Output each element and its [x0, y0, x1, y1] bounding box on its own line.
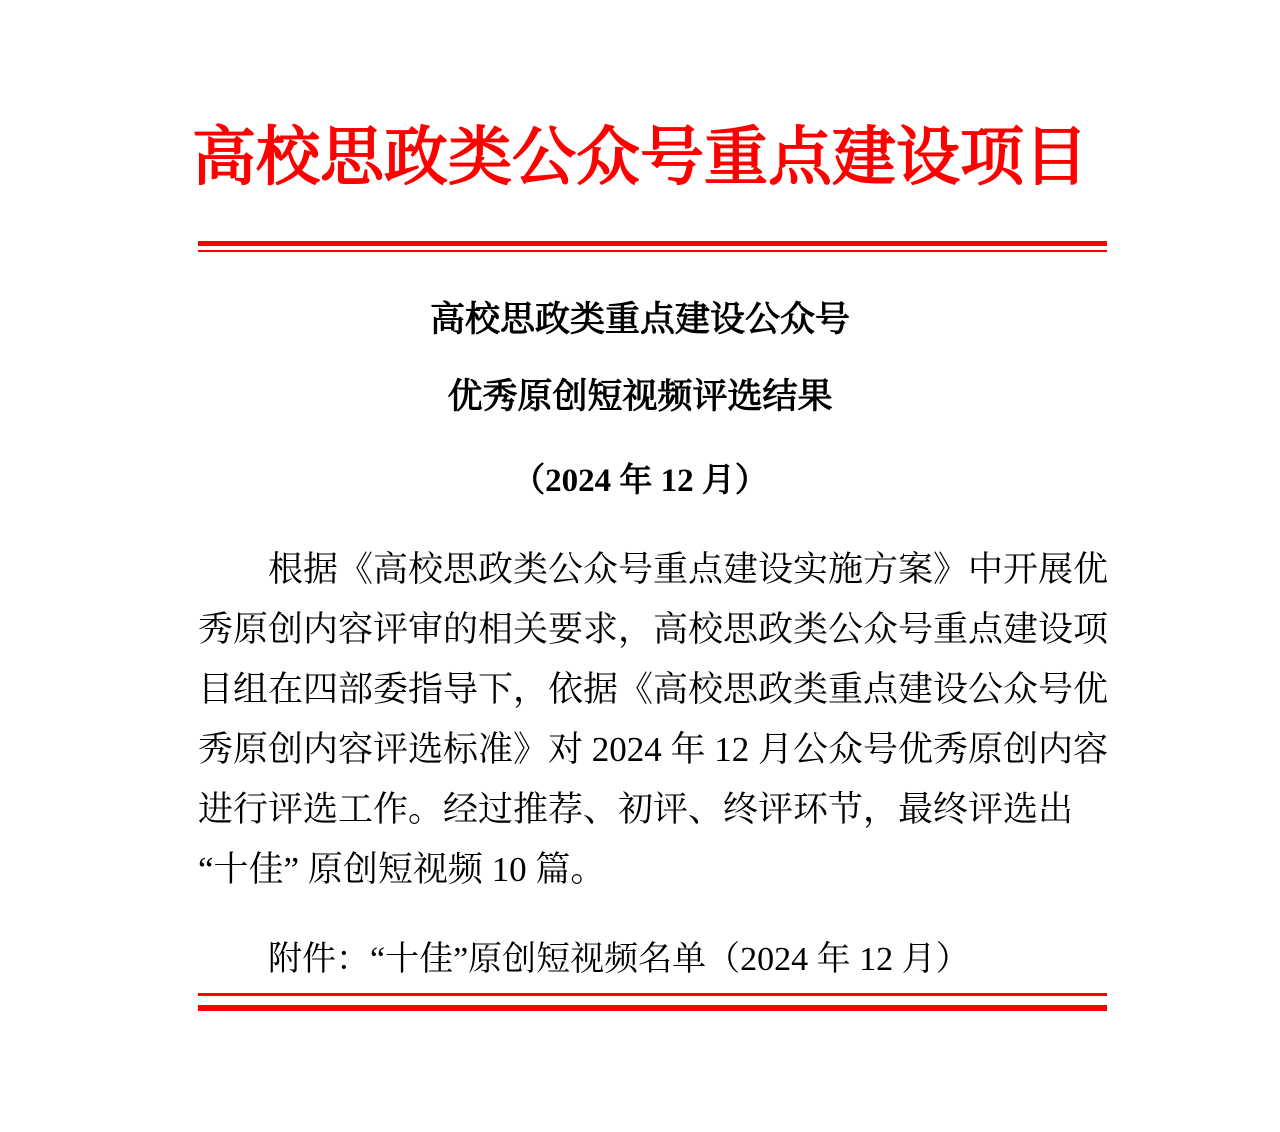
- document-heading-line1: 高校思政类重点建设公众号: [0, 297, 1280, 343]
- body-text-line: 根据《高校思政类公众号重点建设实施方案》中开展优: [198, 540, 1110, 600]
- rule-thin-line: [198, 993, 1107, 996]
- body-text-line: “十佳” 原创短视频 10 篇。: [198, 840, 1110, 900]
- rule-thick-line: [198, 1005, 1107, 1011]
- body-text-line: 目组在四部委指导下，依据《高校思政类重点建设公众号优: [198, 660, 1110, 720]
- masthead-double-rule-top: [198, 241, 1107, 252]
- rule-thick-line: [198, 241, 1107, 246]
- body-text-line: 秀原创内容评审的相关要求，高校思政类公众号重点建设项: [198, 600, 1110, 660]
- masthead-title: 高校思政类公众号重点建设项目: [0, 122, 1280, 194]
- body-text-line: 秀原创内容评选标准》对 2024 年 12 月公众号优秀原创内容: [198, 720, 1110, 780]
- attachment-reference-line: 附件：“十佳”原创短视频名单（2024 年 12 月）: [198, 932, 1110, 988]
- rule-thin-line: [198, 250, 1107, 252]
- document-body-paragraph: 根据《高校思政类公众号重点建设实施方案》中开展优 秀原创内容评审的相关要求，高校…: [198, 540, 1110, 900]
- footer-double-rule-bottom: [198, 993, 1107, 1011]
- document-heading-line2: 优秀原创短视频评选结果: [0, 374, 1280, 420]
- document-page: 高校思政类公众号重点建设项目 高校思政类重点建设公众号 优秀原创短视频评选结果 …: [0, 0, 1280, 1132]
- body-text-line: 进行评选工作。经过推荐、初评、终评环节，最终评选出: [198, 780, 1110, 840]
- document-date-line: （2024 年 12 月）: [0, 459, 1280, 503]
